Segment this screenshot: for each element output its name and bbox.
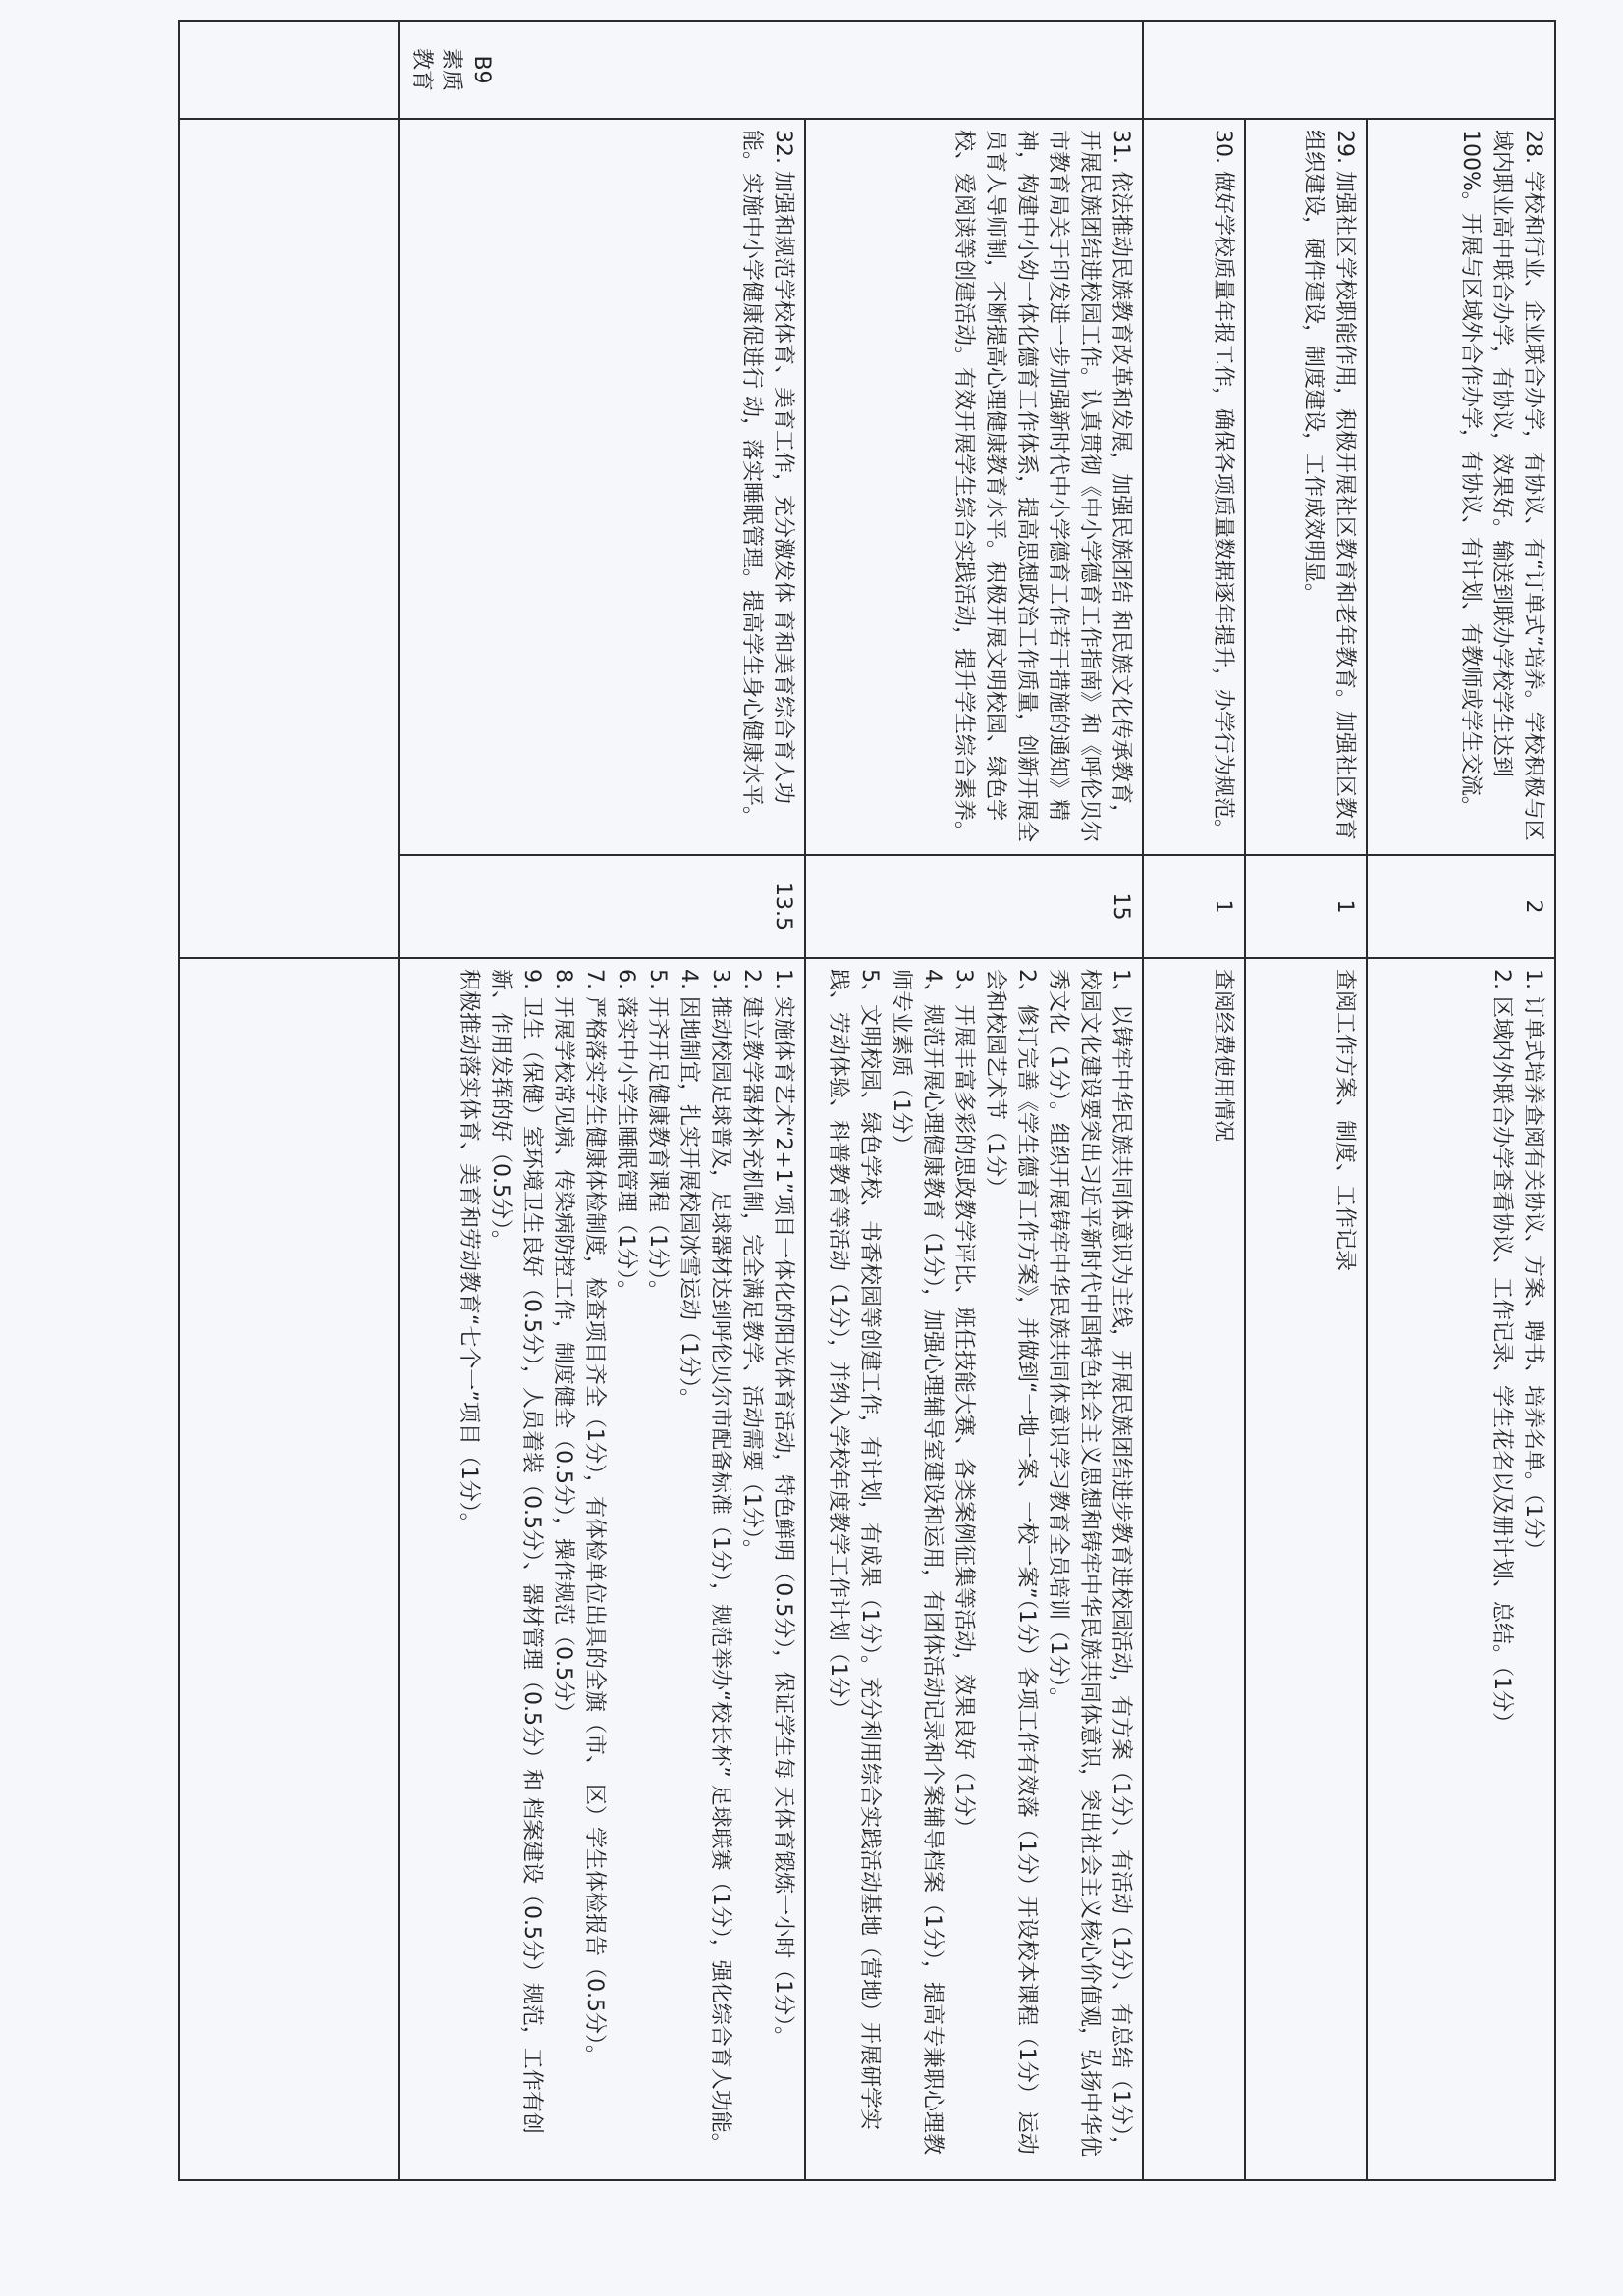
table-row: 30. 做好学校质量年报工作，确保各项质量数据逐年提升，办学行为规范。 1 查阅… (1143, 21, 1245, 2180)
table-row: 32. 加强和规范学校体育、美育工作，充分激发体 育和美育综合育人功能。实施中小… (399, 21, 805, 2180)
criteria-item: 1、以铸牢中华民族共同体意识为主线，开展民族团结进步教育进校园活动，有方案（1分… (1042, 969, 1136, 2169)
standard-cell: 28. 学校和行业、企业联合办学，有协议、有“订单式”培养。学校积极与区域内职业… (1367, 119, 1555, 855)
category-code: B9 (466, 40, 496, 99)
criteria-item: 4. 因地制宜，扎实开展校园冰雪运动（1分）。 (673, 969, 704, 2169)
criteria-cell: 查阅经费使用情况 (1143, 958, 1245, 2180)
table-row: B9 素质教育 31. 依法推动民族教育改革和发展，加强民族团结 和民族文化传承… (805, 21, 1143, 2180)
table-row-empty (179, 21, 399, 2180)
table-row: 28. 学校和行业、企业联合办学，有协议、有“订单式”培养。学校积极与区域内职业… (1367, 21, 1555, 2180)
evaluation-table: 28. 学校和行业、企业联合办学，有协议、有“订单式”培养。学校积极与区域内职业… (178, 20, 1556, 2181)
criteria-item: 查阅工作方案、制度、工作记录 (1328, 969, 1360, 2169)
criteria-cell: 1. 实施体育艺术“2+1”项目一体化的阳光体育活动，特色鲜明（0.5分），保证… (399, 958, 805, 2180)
criteria-item: 1. 订单式培养查阅有关协议、方案、聘书、培养名单。（1分） (1517, 969, 1548, 2169)
standard-cell: 32. 加强和规范学校体育、美育工作，充分激发体 育和美育综合育人功能。实施中小… (399, 119, 805, 855)
empty-cell (179, 119, 399, 958)
score-cell: 2 (1367, 855, 1555, 958)
empty-cell (179, 21, 399, 119)
score-cell: 1 (1245, 855, 1367, 958)
criteria-item: 4、规范开展心理健康教育（1分），加强心理辅导室建设和运用，有团体活动记录和个案… (885, 969, 947, 2169)
criteria-item: 6. 落实中小学生睡眠管理（1分）。 (610, 969, 641, 2169)
category-cell-continued (1143, 21, 1555, 119)
criteria-item: 9. 卫生（保健）室环境卫生良好（0.5分），人员着装（0.5分）、器材管理（0… (484, 969, 547, 2169)
criteria-item: 8. 开展学校常见病、传染病防控工作，制度健全（0.5分），操作规范（0.5分） (547, 969, 578, 2169)
standard-cell: 30. 做好学校质量年报工作，确保各项质量数据逐年提升，办学行为规范。 (1143, 119, 1245, 855)
score-cell: 13.5 (399, 855, 805, 958)
criteria-item: 5、文明校园、绿色学校、书香校园等创建工作，有计划，有成果（1分）。充分利用综合… (822, 969, 885, 2169)
criteria-item: 2. 建立教学器材补充机制，完全满足教学、活动需要（1分）。 (735, 969, 767, 2169)
empty-cell (179, 958, 399, 2180)
criteria-item: 3. 推动校园足球普及，足球器材达到呼伦贝尔市配备标准（1分），规范举办“校长杯… (704, 969, 735, 2169)
criteria-item: 2. 区域内外联合办学查看协议、工作记录、学生花名以及册计划、总结。（1分） (1486, 969, 1517, 2169)
criteria-cell: 1、以铸牢中华民族共同体意识为主线，开展民族团结进步教育进校园活动，有方案（1分… (805, 958, 1143, 2180)
criteria-item: 积极推动落实体育、美育和劳动教育“七个一”项目（1分）。 (453, 969, 484, 2169)
criteria-cell: 1. 订单式培养查阅有关协议、方案、聘书、培养名单。（1分） 2. 区域内外联合… (1367, 958, 1555, 2180)
category-cell-b9: B9 素质教育 (399, 21, 1143, 119)
criteria-item: 5. 开齐开足健康教育课程（1分）。 (641, 969, 673, 2169)
score-cell: 1 (1143, 855, 1245, 958)
criteria-item: 7. 严格落实学生健康体检制度，检查项目齐全（1分），有体检单位出具的全旗（市、… (578, 969, 610, 2169)
category-label: 素质教育 (406, 40, 465, 99)
standard-cell: 29. 加强社区学校职能作用，积极开展社区教育和老年教育。加强社区教育组织建设，… (1245, 119, 1367, 855)
criteria-item: 3、开展丰富多彩的思政教学评比、班任技能大赛、各类案例征集等活动，效果良好（1分… (947, 969, 979, 2169)
score-cell: 15 (805, 855, 1143, 958)
criteria-item: 2、修订完善《学生德育工作方案》，并做到“一地一案、一校一案”（1分）各项工作有… (979, 969, 1042, 2169)
rotated-document-page: 28. 学校和行业、企业联合办学，有协议、有“订单式”培养。学校积极与区域内职业… (93, 20, 1556, 2179)
table-row: 29. 加强社区学校职能作用，积极开展社区教育和老年教育。加强社区教育组织建设，… (1245, 21, 1367, 2180)
criteria-item: 1. 实施体育艺术“2+1”项目一体化的阳光体育活动，特色鲜明（0.5分），保证… (767, 969, 798, 2169)
criteria-item: 查阅经费使用情况 (1207, 969, 1238, 2169)
standard-cell: 31. 依法推动民族教育改革和发展，加强民族团结 和民族文化传承教育，开展民族团… (805, 119, 1143, 855)
criteria-cell: 查阅工作方案、制度、工作记录 (1245, 958, 1367, 2180)
